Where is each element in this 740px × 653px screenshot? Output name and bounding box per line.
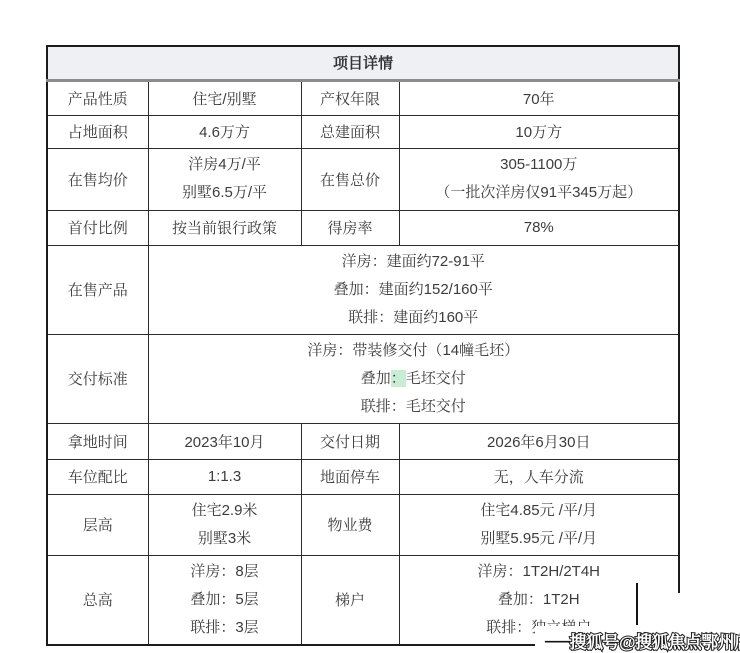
table-row: 交付标准 洋房：带装修交付（14幢毛坯） 叠加：毛坯交付 联排：毛坯交付 xyxy=(47,334,679,423)
row-value: 4.6万方 xyxy=(148,115,301,148)
row-value: 305-1100万 （一批次洋房仅91平345万起） xyxy=(399,148,679,210)
watermark-tick-line xyxy=(636,583,638,625)
line-suffix: 毛坯交付 xyxy=(406,370,466,387)
row-label: 在售均价 xyxy=(47,148,148,210)
row-value: 10万方 xyxy=(399,115,679,148)
row-label: 总建面积 xyxy=(301,115,399,148)
row-label: 产品性质 xyxy=(47,80,148,115)
value-line: 洋房：1T2H/2T4H xyxy=(404,558,675,586)
row-value: 70年 xyxy=(399,80,679,115)
table-row: 在售均价 洋房4万/平 别墅6.5万/平 在售总价 305-1100万 （一批次… xyxy=(47,148,679,210)
row-label: 首付比例 xyxy=(47,210,148,245)
row-label: 产权年限 xyxy=(301,80,399,115)
row-label: 拿地时间 xyxy=(47,423,148,459)
row-value: 2026年6月30日 xyxy=(399,423,679,459)
row-value: 住宅4.85元 /平/月 别墅5.95元 /平/月 xyxy=(399,494,679,555)
watermark-dash: — xyxy=(545,631,570,651)
highlighted-colon: ： xyxy=(391,370,406,387)
project-details-table: 项目详情 产品性质 住宅/别墅 产权年限 70年 占地面积 4.6万方 总建面积… xyxy=(46,45,680,646)
value-line: 住宅2.9米 xyxy=(153,497,297,525)
table-header-row: 项目详情 xyxy=(47,46,679,80)
row-label: 在售产品 xyxy=(47,245,148,334)
row-value: 住宅2.9米 别墅3米 xyxy=(148,494,301,555)
value-line: 洋房：建面约72-91平 xyxy=(153,248,675,276)
value-line: 305-1100万 xyxy=(404,151,675,179)
row-label: 占地面积 xyxy=(47,115,148,148)
row-value: 无，人车分流 xyxy=(399,459,679,494)
row-label: 车位配比 xyxy=(47,459,148,494)
value-line: 联排：3层 xyxy=(153,614,297,642)
table-row: 拿地时间 2023年10月 交付日期 2026年6月30日 xyxy=(47,423,679,459)
row-label: 总高 xyxy=(47,555,148,645)
table-row: 在售产品 洋房：建面约72-91平 叠加：建面约152/160平 联排：建面约1… xyxy=(47,245,679,334)
row-value: 2023年10月 xyxy=(148,423,301,459)
row-label: 交付标准 xyxy=(47,334,148,423)
value-line: 联排：毛坯交付 xyxy=(153,393,675,421)
row-label: 物业费 xyxy=(301,494,399,555)
table-row: 产品性质 住宅/别墅 产权年限 70年 xyxy=(47,80,679,115)
value-line: 住宅4.85元 /平/月 xyxy=(404,497,675,525)
row-label: 层高 xyxy=(47,494,148,555)
line-prefix: 叠加 xyxy=(361,370,391,387)
row-value: 洋房4万/平 别墅6.5万/平 xyxy=(148,148,301,210)
value-line: 叠加：毛坯交付 xyxy=(153,365,675,393)
table-row: 车位配比 1:1.3 地面停车 无，人车分流 xyxy=(47,459,679,494)
table-row: 层高 住宅2.9米 别墅3米 物业费 住宅4.85元 /平/月 别墅5.95元 … xyxy=(47,494,679,555)
value-line: （一批次洋房仅91平345万起） xyxy=(404,179,675,207)
table-row: 首付比例 按当前银行政策 得房率 78% xyxy=(47,210,679,245)
row-value: 洋房：8层 叠加：5层 联排：3层 xyxy=(148,555,301,645)
watermark-label: 搜狐号@搜狐焦点鄂州店 xyxy=(570,633,740,652)
row-value: 按当前银行政策 xyxy=(148,210,301,245)
table-row: 占地面积 4.6万方 总建面积 10万方 xyxy=(47,115,679,148)
row-label: 得房率 xyxy=(301,210,399,245)
row-label: 地面停车 xyxy=(301,459,399,494)
row-value: 1:1.3 xyxy=(148,459,301,494)
row-label: 在售总价 xyxy=(301,148,399,210)
row-value: 洋房：带装修交付（14幢毛坯） 叠加：毛坯交付 联排：毛坯交付 xyxy=(148,334,679,423)
value-line: 叠加：建面约152/160平 xyxy=(153,276,675,304)
watermark: —搜狐号@搜狐焦点鄂州店 xyxy=(543,628,740,653)
value-line: 洋房4万/平 xyxy=(153,151,297,179)
value-line: 别墅3米 xyxy=(153,525,297,553)
value-line: 洋房：带装修交付（14幢毛坯） xyxy=(153,337,675,365)
row-label: 交付日期 xyxy=(301,423,399,459)
row-value: 洋房：建面约72-91平 叠加：建面约152/160平 联排：建面约160平 xyxy=(148,245,679,334)
row-label: 梯户 xyxy=(301,555,399,645)
value-line: 洋房：8层 xyxy=(153,558,297,586)
table-title: 项目详情 xyxy=(47,46,679,80)
value-line: 叠加：5层 xyxy=(153,586,297,614)
value-line: 联排：建面约160平 xyxy=(153,304,675,332)
row-value: 78% xyxy=(399,210,679,245)
value-line: 别墅6.5万/平 xyxy=(153,179,297,207)
row-value: 住宅/别墅 xyxy=(148,80,301,115)
value-line: 别墅5.95元 /平/月 xyxy=(404,525,675,553)
